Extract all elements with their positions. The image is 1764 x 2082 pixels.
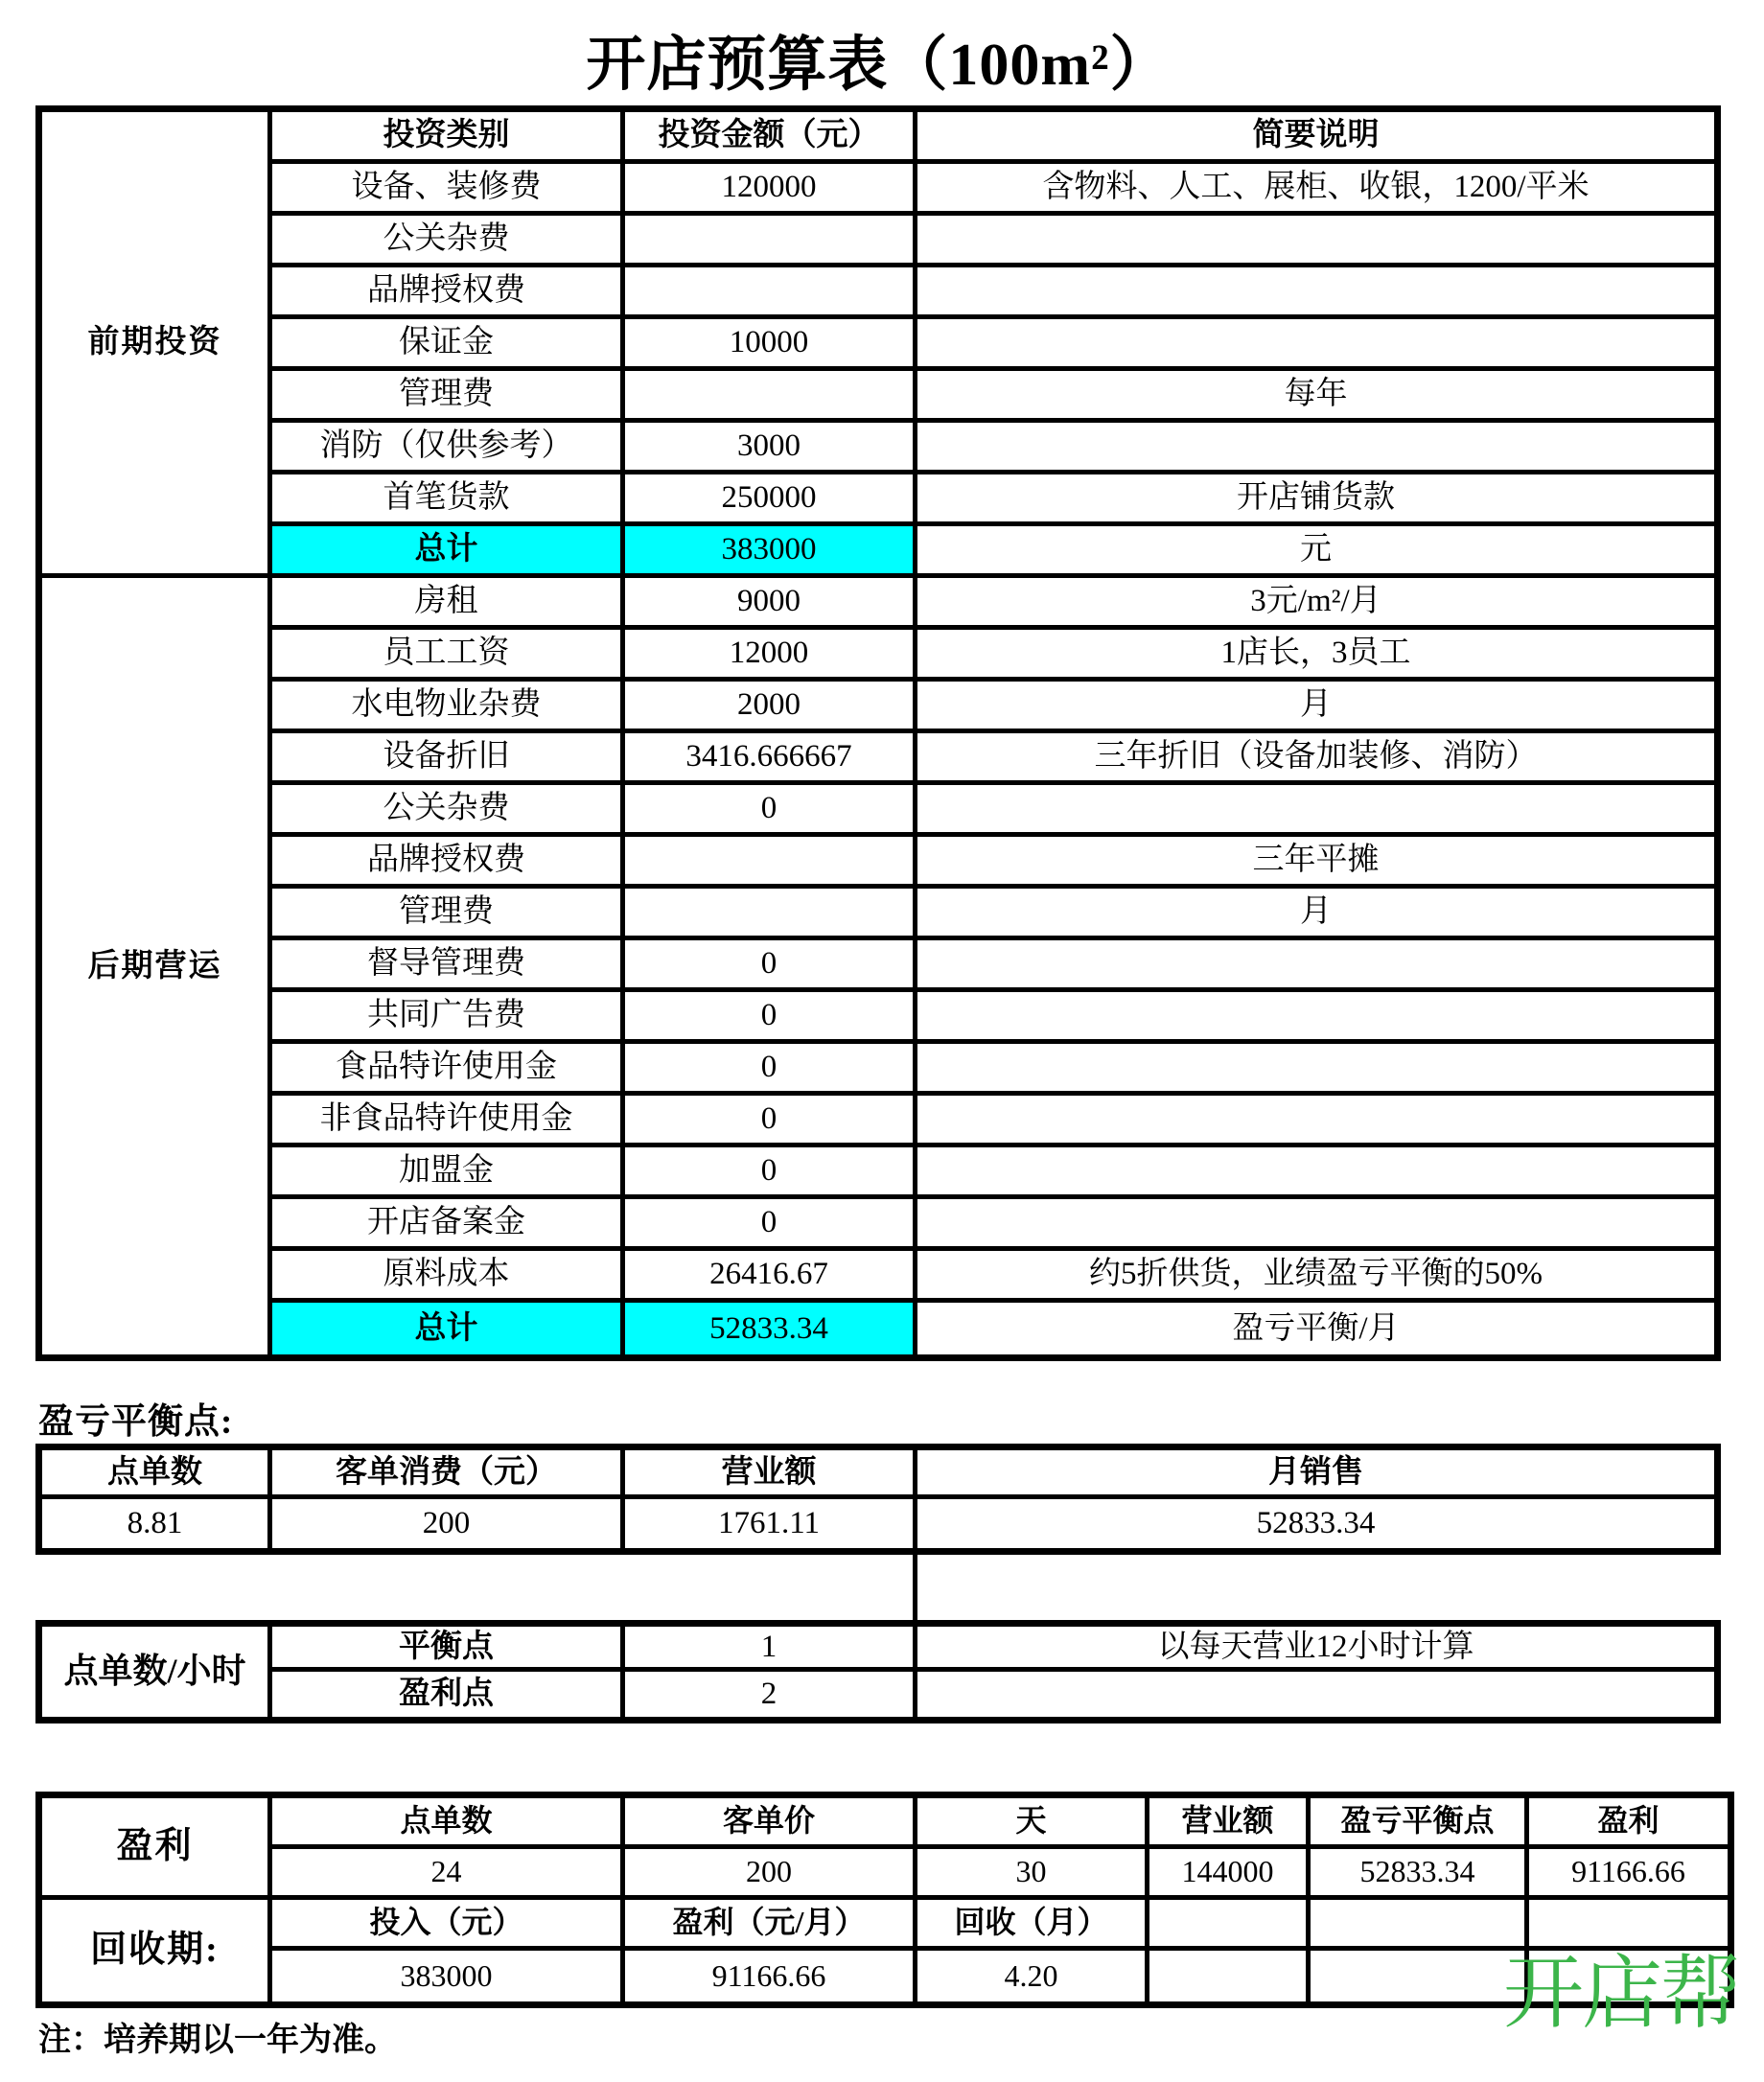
cell-category: 保证金 [272,319,625,371]
profit-header-breakeven: 盈亏平衡点 [1311,1798,1529,1849]
header-amount: 投资金额（元） [625,112,917,164]
cell-note: 每年 [917,371,1714,423]
cell-category: 非食品特许使用金 [272,1096,625,1147]
cell-amount: 10000 [625,319,917,371]
breakeven-header-monthly-sales: 月销售 [917,1450,1714,1499]
breakeven-value-revenue: 1761.11 [625,1499,917,1548]
cell-amount: 250000 [625,474,917,526]
cell-category: 督导管理费 [272,940,625,992]
cell-category: 原料成本 [272,1251,625,1303]
profit-value-price: 200 [625,1849,917,1900]
cell-category: 食品特许使用金 [272,1044,625,1096]
cell-amount [625,889,917,940]
cell-note: 三年平摊 [917,837,1714,889]
payback-value-monthly-profit: 91166.66 [625,1951,917,2001]
hourly-row-name: 平衡点 [272,1627,625,1672]
profit-value-revenue: 144000 [1149,1849,1311,1900]
cell-note [917,267,1714,319]
cell-category: 公关杂费 [272,785,625,837]
cell-note [917,423,1714,474]
footnote: 注：培养期以一年为准。 [38,2013,397,2060]
cell-amount: 26416.67 [625,1251,917,1303]
cell-note [917,992,1714,1044]
cell-category: 开店备案金 [272,1199,625,1251]
cell-amount: 0 [625,992,917,1044]
cell-note [917,1044,1714,1096]
breakeven-header-revenue: 营业额 [625,1450,917,1499]
cell-amount: 3416.666667 [625,733,917,785]
breakeven-value-monthly-sales: 52833.34 [917,1499,1714,1548]
cell-category: 公关杂费 [272,216,625,267]
cell-category: 水电物业杂费 [272,682,625,733]
cell-amount: 2000 [625,682,917,733]
cell-amount: 0 [625,1199,917,1251]
main-budget-table: 前期投资 后期营运 投资类别 投资金额（元） 简要说明 设备、装修费 12000… [35,105,1721,1361]
cell-note [917,940,1714,992]
cell-amount: 0 [625,785,917,837]
cell-note: 开店铺货款 [917,474,1714,526]
profit-label: 盈利 [42,1798,272,1900]
payback-header-empty [1149,1900,1311,1951]
profit-value-breakeven: 52833.34 [1311,1849,1529,1900]
hourly-row-name: 盈利点 [272,1672,625,1717]
cell-note: 三年折旧（设备加装修、消防） [917,733,1714,785]
cell-category: 设备、装修费 [272,164,625,216]
cell-note: 月 [917,682,1714,733]
cell-category: 管理费 [272,889,625,940]
total-note-operations: 盈亏平衡/月 [917,1303,1714,1354]
cell-amount [625,216,917,267]
cell-note [917,785,1714,837]
cell-category: 加盟金 [272,1147,625,1199]
profit-header-orders: 点单数 [272,1798,625,1849]
cell-note: 含物料、人工、展柜、收银，1200/平米 [917,164,1714,216]
breakeven-table: 点单数 客单消费（元） 营业额 月销售 8.81 200 1761.11 528… [35,1444,1721,1555]
cell-note: 1店长，3员工 [917,630,1714,682]
cell-category: 品牌授权费 [272,837,625,889]
profit-payback-table: 盈利 回收期: 点单数 客单价 天 营业额 盈亏平衡点 盈利 24 200 30… [35,1792,1734,2008]
payback-value-investment: 383000 [272,1951,625,2001]
payback-header-months: 回收（月） [917,1900,1149,1951]
cell-note [917,1096,1714,1147]
section-label-operations: 后期营运 [42,578,272,1354]
hourly-row-note [917,1672,1714,1717]
orders-per-hour-table: 点单数/小时 平衡点 1 以每天营业12小时计算 盈利点 2 [35,1620,1721,1723]
profit-value-days: 30 [917,1849,1149,1900]
profit-value-orders: 24 [272,1849,625,1900]
payback-label: 回收期: [42,1900,272,2001]
cell-amount: 0 [625,940,917,992]
cell-note [917,319,1714,371]
profit-header-revenue: 营业额 [1149,1798,1311,1849]
cell-note: 约5折供货，业绩盈亏平衡的50% [917,1251,1714,1303]
cell-category: 设备折旧 [272,733,625,785]
hourly-label: 点单数/小时 [42,1627,272,1717]
watermark-kaidianbang: 开店帮 [1503,1929,1739,2045]
cell-category: 员工工资 [272,630,625,682]
payback-value-empty [1311,1951,1529,2001]
header-category: 投资类别 [272,112,625,164]
hourly-row-value: 1 [625,1627,917,1672]
payback-header-monthly-profit: 盈利（元/月） [625,1900,917,1951]
profit-header-price: 客单价 [625,1798,917,1849]
breakeven-value-spend: 200 [272,1499,625,1548]
payback-header-empty [1311,1900,1529,1951]
cell-amount: 120000 [625,164,917,216]
cell-note: 3元/m²/月 [917,578,1714,630]
budget-sheet-page: { "title": "开店预算表（100m²）", "colors": { "… [0,0,1764,2082]
cell-amount: 3000 [625,423,917,474]
cell-amount: 9000 [625,578,917,630]
total-amount-early: 383000 [625,526,917,578]
profit-header-profit: 盈利 [1529,1798,1728,1849]
total-label-operations: 总计 [272,1303,625,1354]
payback-value-empty [1149,1951,1311,2001]
cell-amount [625,267,917,319]
page-title: 开店预算表（100m²） [35,17,1721,100]
profit-value-profit: 91166.66 [1529,1849,1728,1900]
profit-header-days: 天 [917,1798,1149,1849]
hourly-row-value: 2 [625,1672,917,1717]
column-divider-line [913,1553,917,1624]
cell-category: 房租 [272,578,625,630]
payback-header-investment: 投入（元） [272,1900,625,1951]
cell-note [917,1147,1714,1199]
breakeven-header-spend: 客单消费（元） [272,1450,625,1499]
cell-note: 月 [917,889,1714,940]
cell-amount [625,371,917,423]
breakeven-header-orders: 点单数 [42,1450,272,1499]
cell-category: 首笔货款 [272,474,625,526]
cell-category: 品牌授权费 [272,267,625,319]
header-note: 简要说明 [917,112,1714,164]
breakeven-heading: 盈亏平衡点: [38,1392,233,1444]
section-label-early-investment: 前期投资 [42,112,272,578]
cell-amount: 0 [625,1147,917,1199]
total-amount-operations: 52833.34 [625,1303,917,1354]
breakeven-value-orders: 8.81 [42,1499,272,1548]
cell-category: 消防（仅供参考） [272,423,625,474]
cell-amount: 12000 [625,630,917,682]
total-note-early: 元 [917,526,1714,578]
cell-note [917,216,1714,267]
total-label-early: 总计 [272,526,625,578]
cell-amount [625,837,917,889]
payback-value-months: 4.20 [917,1951,1149,2001]
cell-category: 共同广告费 [272,992,625,1044]
cell-amount: 0 [625,1096,917,1147]
hourly-row-note: 以每天营业12小时计算 [917,1627,1714,1672]
cell-note [917,1199,1714,1251]
cell-category: 管理费 [272,371,625,423]
cell-amount: 0 [625,1044,917,1096]
